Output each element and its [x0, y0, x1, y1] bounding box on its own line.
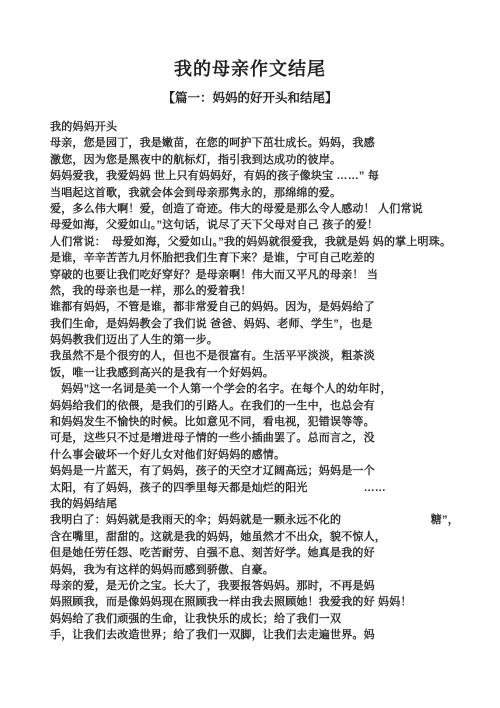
text-line: 什么事会破坏一个好儿女对他们好妈妈的感情。: [50, 447, 470, 463]
text-line: 妈妈给我们的依偎，是我们的引路人。在我们的一生中，也总会有: [50, 398, 470, 414]
text-line: 太阳，有了妈妈，孩子的四季里每天都是灿烂的阳光 ……: [50, 480, 470, 496]
text-line: 妈妈”这一名词是美一个人第一个学会的名字。在每个人的幼年时，: [50, 381, 470, 397]
text-line: 和妈妈发生不愉快的时候。比如意见不同，看电视，犯错误等等。: [50, 414, 470, 430]
text-line: 穿破的也要让我们吃好穿好？是母亲啊！伟大而又平凡的母亲！ 当: [50, 267, 470, 283]
text-line: 当唱起这首歌，我就会体会到母亲那隽永的，那绵绵的爱。: [50, 185, 470, 201]
text-line: 是谁，辛辛苦苦九月怀胎把我们生育下来？是谁，宁可自己吃差的: [50, 250, 470, 266]
text-line: 妈妈，我为有这样的妈妈而感到骄傲、自豪。: [50, 562, 470, 578]
text-line: 我虽然不是个很穷的人，但也不是很富有。生活平平淡淡，粗茶淡: [50, 348, 470, 364]
document-body: 我的妈妈开头母亲，您是园丁，我是嫩苗，在您的呵护下茁壮成长。妈妈，我感激您，因为…: [50, 119, 470, 644]
text-line: 我的妈妈开头: [50, 119, 470, 135]
text-line: 母亲，您是园丁，我是嫩苗，在您的呵护下茁壮成长。妈妈，我感: [50, 135, 470, 151]
text-line: 人们常说： 母爱如海，父爱如山。”我的妈妈就很爱我，我就是妈 妈的掌上明珠。: [50, 234, 470, 250]
text-line: 爱，多么伟大啊！爱，创造了奇迹。伟大的母爱是那么令人感动！ 人们常说: [50, 201, 470, 217]
text-line: 手，让我们去改造世界；给了我们一双脚，让我们去走遍世界。妈: [50, 627, 470, 643]
text-line: 可是，这些只不过是增进母子情的一些小插曲罢了。总而言之，没: [50, 430, 470, 446]
document-title: 我的母亲作文结尾: [0, 57, 500, 81]
text-line: 我明白了：妈妈就是我雨天的伞；妈妈就是一颗永远不化的 糖”，: [50, 512, 470, 528]
text-line: 妈妈给了我们顽强的生命，让我快乐的成长；给了我们一双: [50, 611, 470, 627]
text-line: 我们生命，是妈妈教会了我们说 爸爸、妈妈、老师、学生”，也是: [50, 316, 470, 332]
section-heading: 【篇一：妈妈的好开头和结尾】: [0, 90, 500, 106]
text-line: 谁都有妈妈，不管是谁，都非常爱自己的妈妈。因为，是妈妈给了: [50, 299, 470, 315]
text-line: 我的妈妈结尾: [50, 496, 470, 512]
text-line: 妈妈是一片蓝天，有了妈妈，孩子的天空才辽阔高远；妈妈是一个: [50, 463, 470, 479]
text-line: 妈照顾我，而是像妈妈现在照顾我一样由我去照顾她！我爱我的好 妈妈！: [50, 594, 470, 610]
text-line: 但是她任劳任怨、吃苦耐劳、自强不息、刻苦好学。她真是我的好: [50, 545, 470, 561]
text-line: 母爱如海，父爱如山。”这句话，说尽了天下父母对自己 孩子的爱！: [50, 217, 470, 233]
text-line: 妈妈爱我，我爱妈妈 世上只有妈妈好，有妈的孩子像块宝 ……” 每: [50, 168, 470, 184]
text-line: 然，我的母亲也是一样，那么的爱着我！: [50, 283, 470, 299]
document-page: 我的母亲作文结尾 【篇一：妈妈的好开头和结尾】 我的妈妈开头母亲，您是园丁，我是…: [0, 0, 500, 708]
text-line: 母亲的爱，是无价之宝。长大了，我要报答妈妈。那时，不再是妈: [50, 578, 470, 594]
text-line: 激您，因为您是黑夜中的航标灯，指引我到达成功的彼岸。: [50, 152, 470, 168]
text-line: 饭，唯一让我感到高兴的是我有一个好妈妈。: [50, 365, 470, 381]
text-line: 含在嘴里，甜甜的。这就是我的妈妈，她虽然才不出众，貌不惊人，: [50, 529, 470, 545]
text-line: 妈妈教我们迈出了人生的第一步。: [50, 332, 470, 348]
